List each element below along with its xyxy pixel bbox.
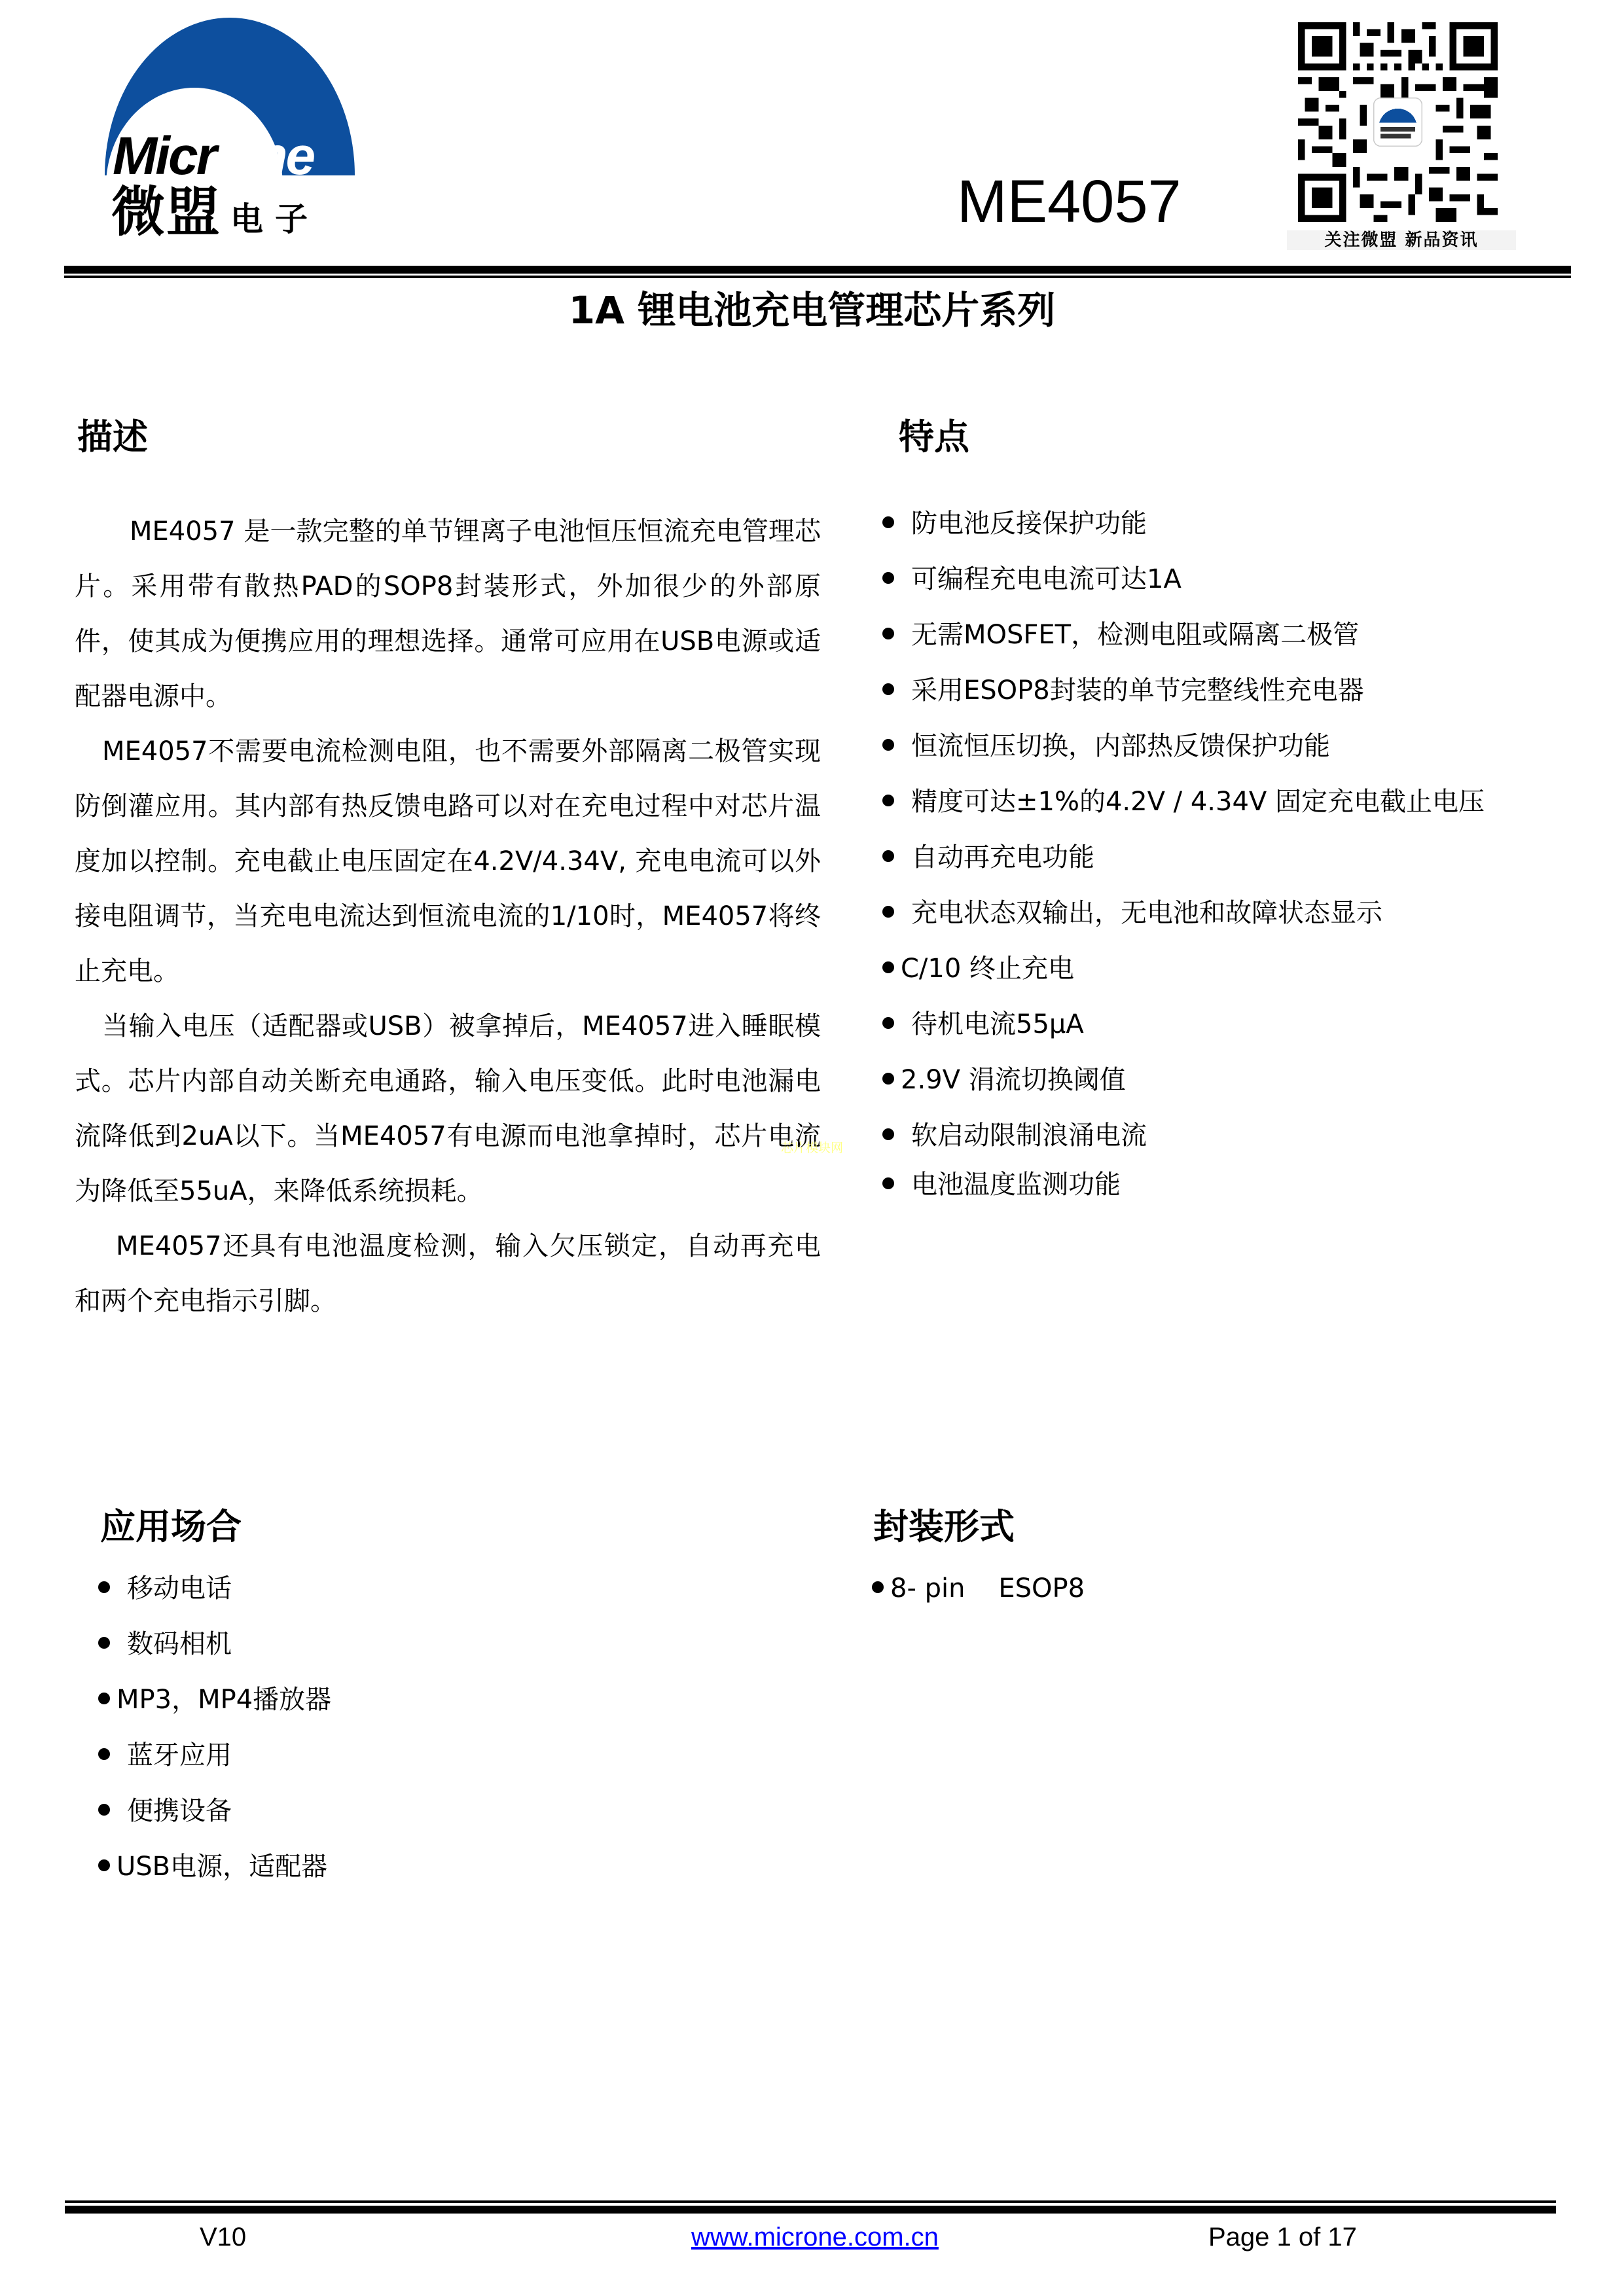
bullet-icon <box>872 1581 884 1593</box>
application-item: USB电源，适配器 <box>98 1847 331 1903</box>
logo-brand-right: One <box>215 126 314 186</box>
feature-text: 采用ESOP8封装的单节完整线性充电器 <box>911 675 1364 706</box>
applications-list: 移动电话 数码相机 MP3，MP4播放器 蓝牙应用 便携设备 USB电源，适配器 <box>98 1569 331 1903</box>
feature-item: 充电状态双输出，无电池和故障状态显示 <box>882 893 1485 949</box>
feature-text: 2.9V 涓流切换阈值 <box>901 1065 1126 1095</box>
features-list: 防电池反接保护功能 可编程充电电流可达1A 无需MOSFET，检测电阻或隔离二极… <box>882 504 1485 1221</box>
feature-item: 防电池反接保护功能 <box>882 504 1485 560</box>
feature-text: C/10 终止充电 <box>901 954 1074 984</box>
feature-text: 无需MOSFET，检测电阻或隔离二极管 <box>911 620 1359 650</box>
application-item: 移动电话 <box>98 1569 331 1624</box>
feature-item: 自动再充电功能 <box>882 838 1485 893</box>
package-heading: 封装形式 <box>873 1509 1015 1544</box>
qr-caption: 关注微盟 新品资讯 <box>1287 230 1516 250</box>
package-list: 8- pin ESOP8 <box>872 1569 1085 1624</box>
logo-brand-text: MicrOne <box>113 130 314 183</box>
application-item: 蓝牙应用 <box>98 1736 331 1791</box>
package-text: 8- pin ESOP8 <box>890 1573 1085 1604</box>
bullet-icon <box>882 1017 894 1029</box>
bullet-icon <box>882 516 894 528</box>
application-text: USB电源，适配器 <box>117 1852 327 1882</box>
feature-text: 充电状态双输出，无电池和故障状态显示 <box>911 898 1382 928</box>
feature-item: 软启动限制浪涌电流 <box>882 1116 1485 1165</box>
bullet-icon <box>98 1637 110 1649</box>
feature-item: C/10 终止充电 <box>882 949 1485 1005</box>
logo-cn-small: 电子 <box>230 200 319 238</box>
bullet-icon <box>882 1177 894 1189</box>
feature-text: 防电池反接保护功能 <box>911 509 1147 539</box>
description-heading: 描述 <box>77 419 148 454</box>
logo-brand-left: Micr <box>113 126 215 186</box>
qr-code-icon <box>1295 22 1501 222</box>
description-paragraph: ME4057不需要电流检测电阻，也不需要外部隔离二极管实现防倒灌应用。其内部有热… <box>75 724 821 999</box>
feature-text: 待机电流55μA <box>911 1009 1084 1039</box>
document-title: 1A 锂电池充电管理芯片系列 <box>0 288 1624 334</box>
bullet-icon <box>882 795 894 806</box>
part-number: ME4057 <box>957 171 1182 232</box>
application-item: 数码相机 <box>98 1624 331 1680</box>
description-body: ME4057 是一款完整的单节锂离子电池恒压恒流充电管理芯片。采用带有散热PAD… <box>75 504 821 1329</box>
application-text: 便携设备 <box>127 1796 232 1826</box>
feature-item: 电池温度监测功能 <box>882 1165 1485 1221</box>
feature-text: 软启动限制浪涌电流 <box>911 1121 1147 1151</box>
logo-chinese-name: 微盟电子 <box>111 186 319 240</box>
footer-rule-thick <box>65 2206 1556 2214</box>
qr-code <box>1291 20 1506 223</box>
bullet-icon <box>882 628 894 639</box>
footer-page-number: Page 1 of 17 <box>1208 2224 1357 2250</box>
feature-item: 采用ESOP8封装的单节完整线性充电器 <box>882 671 1485 726</box>
bullet-icon <box>882 1073 894 1085</box>
feature-text: 恒流恒压切换，内部热反馈保护功能 <box>911 731 1330 761</box>
feature-text: 可编程充电电流可达1A <box>911 564 1182 594</box>
header-rule-thick <box>64 266 1571 274</box>
bullet-icon <box>98 1859 110 1871</box>
bullet-icon <box>882 1128 894 1140</box>
application-item: MP3，MP4播放器 <box>98 1680 331 1736</box>
feature-item: 待机电流55μA <box>882 1005 1485 1060</box>
logo-cn-large: 微盟 <box>111 181 221 243</box>
features-heading: 特点 <box>899 419 969 454</box>
description-paragraph: 当输入电压（适配器或USB）被拿掉后，ME4057进入睡眠模式。芯片内部自动关断… <box>75 999 821 1219</box>
application-text: 蓝牙应用 <box>127 1740 232 1770</box>
bullet-icon <box>882 739 894 751</box>
application-text: MP3，MP4播放器 <box>117 1685 331 1715</box>
application-text: 数码相机 <box>127 1629 232 1659</box>
feature-text: 精度可达±1%的4.2V / 4.34V 固定充电截止电压 <box>911 787 1485 817</box>
application-text: 移动电话 <box>127 1573 232 1604</box>
feature-item: 可编程充电电流可达1A <box>882 560 1485 615</box>
bullet-icon <box>98 1581 110 1593</box>
footer-version: V10 <box>200 2224 246 2250</box>
footer-website-link[interactable]: www.microne.com.cn <box>691 2224 939 2250</box>
description-paragraph: ME4057 是一款完整的单节锂离子电池恒压恒流充电管理芯片。采用带有散热PAD… <box>75 504 821 724</box>
feature-text: 电池温度监测功能 <box>911 1170 1121 1200</box>
company-logo: MicrOne 微盟电子 <box>98 14 360 240</box>
bullet-icon <box>882 961 894 973</box>
bullet-icon <box>98 1804 110 1816</box>
feature-item: 2.9V 涓流切换阈值 <box>882 1060 1485 1116</box>
package-item: 8- pin ESOP8 <box>872 1569 1085 1624</box>
bullet-icon <box>98 1693 110 1704</box>
applications-heading: 应用场合 <box>100 1509 242 1544</box>
bullet-icon <box>882 683 894 695</box>
header-rule-thin <box>64 276 1571 278</box>
feature-item: 精度可达±1%的4.2V / 4.34V 固定充电截止电压 <box>882 782 1485 838</box>
feature-item: 恒流恒压切换，内部热反馈保护功能 <box>882 726 1485 782</box>
bullet-icon <box>882 572 894 584</box>
feature-text: 自动再充电功能 <box>911 842 1094 872</box>
description-paragraph: ME4057还具有电池温度检测，输入欠压锁定，自动再充电和两个充电指示引脚。 <box>75 1219 821 1329</box>
feature-item: 无需MOSFET，检测电阻或隔离二极管 <box>882 615 1485 671</box>
application-item: 便携设备 <box>98 1791 331 1847</box>
footer-rule-thin <box>65 2200 1556 2203</box>
bullet-icon <box>882 906 894 918</box>
bullet-icon <box>882 850 894 862</box>
watermark: 芯片模块网 <box>781 1142 843 1155</box>
bullet-icon <box>98 1748 110 1760</box>
